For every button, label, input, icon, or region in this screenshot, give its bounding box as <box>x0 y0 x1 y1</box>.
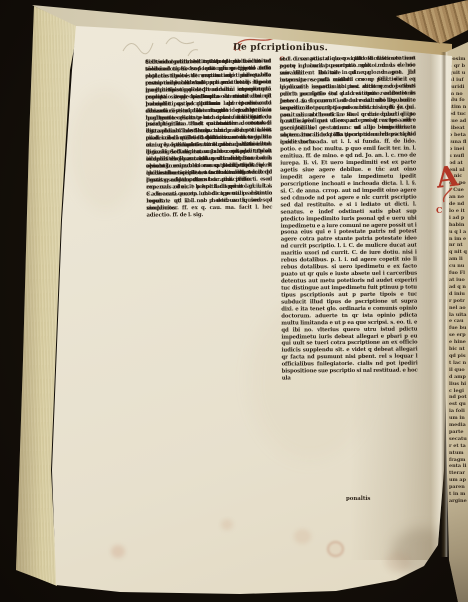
facing-page-text: posima qr b quit uul iuf furidim no alu … <box>449 56 467 504</box>
paper-stain <box>111 545 125 558</box>
photograph-background: posima qr b quit uul iuf furidim no alu … <box>0 0 468 602</box>
right-column-passage: sed circa pdicta quero quid si distincte… <box>279 56 416 147</box>
paper-stain <box>70 90 140 210</box>
running-title-text: De pſcriptionibus. <box>233 43 328 54</box>
left-column-passage: dixit nd restitui sz restituedi da t act… <box>145 58 272 184</box>
text-column-left: Sed indulgebit restituio p tpe ablie. li… <box>145 58 275 500</box>
paper-stain-ring <box>327 541 344 557</box>
main-page: ((De pſcriptionibus. Sed indulgebit rest… <box>0 0 468 602</box>
paper-stain <box>221 519 233 530</box>
initial-flourish-icon <box>438 186 456 204</box>
catchword: ponaltis <box>346 496 406 504</box>
rubric-pilcrow-icon: C <box>436 205 448 215</box>
gutter-crease <box>441 52 448 557</box>
paper-stain <box>385 552 411 572</box>
text-column-right: et. l. l. senatus. diolo q si illi offic… <box>279 56 418 504</box>
paper-stain <box>294 529 311 544</box>
